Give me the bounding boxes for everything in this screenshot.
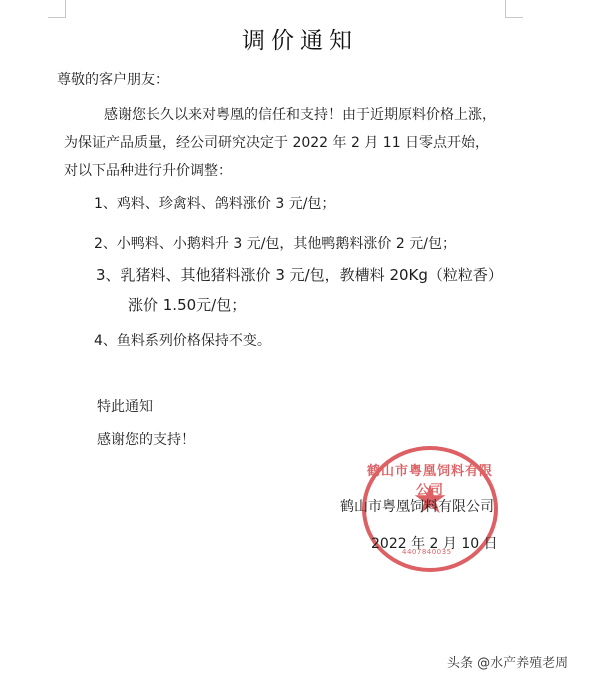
watermark: 头条 @水产养殖老周: [447, 652, 568, 671]
page-corner-mark-top-left: [48, 0, 66, 18]
paragraph-line-3: 对以下品种进行升价调整：: [64, 162, 232, 180]
closing-notice: 特此通知: [97, 398, 153, 416]
signature-company: 鹤山市粤凰饲料有限公司: [340, 496, 494, 516]
document-title: 调价通知: [0, 22, 600, 55]
greeting: 尊敬的客户朋友：: [57, 71, 169, 89]
list-item-3-line-1: 3、乳猪料、其他猪料涨价 3 元/包，教槽料 20Kg（粒粒香）: [96, 266, 503, 284]
list-item-3-line-2: 涨价 1.50元/包；: [128, 296, 246, 314]
list-item-1: 1、鸡料、珍禽料、鸽料涨价 3 元/包；: [94, 195, 335, 213]
paragraph-line-1: 感谢您长久以来对粤凰的信任和支持！由于近期原料价格上涨，: [104, 106, 496, 124]
closing-thanks: 感谢您的支持！: [97, 431, 195, 449]
page-corner-mark-top-right: [505, 0, 523, 18]
signature-date: 2022 年 2 月 10 日: [371, 533, 498, 553]
paragraph-line-2: 为保证产品质量，经公司研究决定于 2022 年 2 月 11 日零点开始，: [64, 134, 489, 152]
list-item-2: 2、小鸭料、小鹅料升 3 元/包，其他鸭鹅料涨价 2 元/包；: [94, 235, 456, 253]
list-item-4: 4、鱼料系列价格保持不变。: [94, 332, 271, 350]
